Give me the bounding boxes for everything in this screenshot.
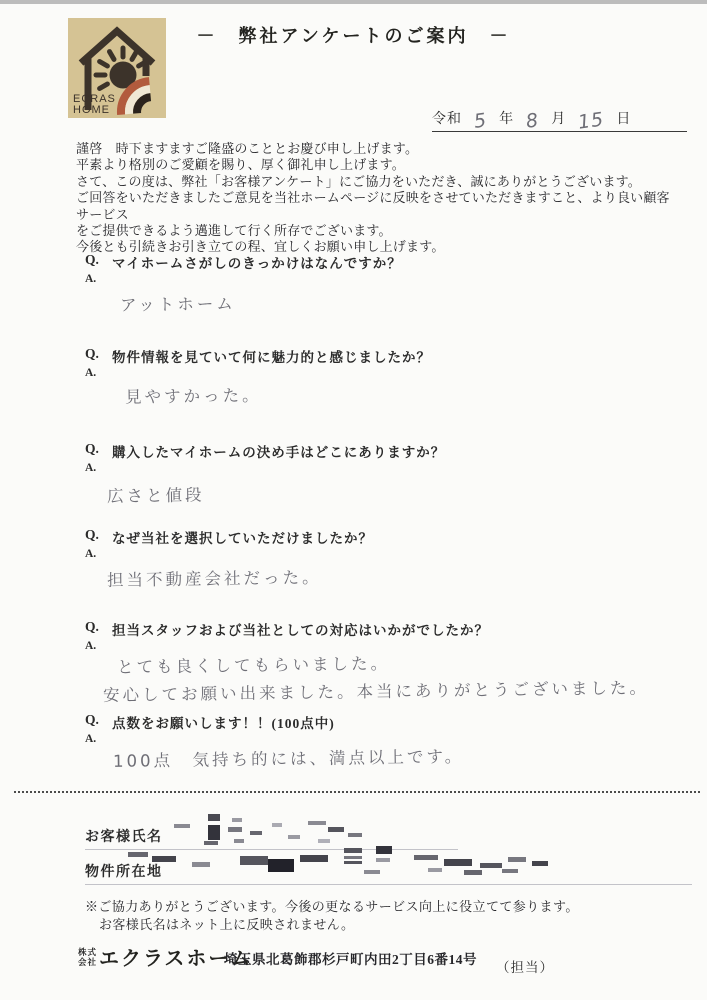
a-label: A.: [85, 462, 665, 474]
date-year-label: 年: [499, 108, 514, 128]
date-day-handwritten: 15: [569, 111, 613, 131]
a-label: A.: [85, 548, 665, 560]
logo-text-home: HOME: [73, 104, 110, 116]
a-label: A.: [85, 733, 665, 745]
q-label: Q.: [85, 252, 112, 272]
a-label: A.: [85, 640, 665, 652]
greeting-line: さて、この度は、弊社「お客様アンケート」にご協力をいただき、誠にありがとうござい…: [76, 174, 676, 190]
q-label: Q.: [85, 712, 112, 732]
date-era: 令和: [432, 108, 462, 128]
question-text: マイホームさがしのきっかけはなんですか？: [112, 252, 402, 272]
company-address: 埼玉県北葛飾郡杉戸町内田2丁目6番14号: [224, 948, 477, 968]
handwritten-answer: 100点 気持ち的には、満点以上です。: [113, 745, 665, 772]
handwritten-answer: とても良くしてもらいました。: [117, 651, 665, 678]
q-label: Q.: [85, 527, 112, 547]
date-day-label: 日: [616, 108, 631, 128]
company-prefix: 株式 会社: [78, 948, 97, 967]
handwritten-answer: 広さと値段: [107, 480, 665, 507]
question-text: 物件情報を見ていて何に魅力的と感じましたか？: [112, 346, 431, 366]
q-label: Q.: [85, 619, 112, 639]
question-block-1: Q. マイホームさがしのきっかけはなんですか？ A. アットホーム: [85, 252, 665, 312]
scan-edge-artifact: [0, 0, 707, 4]
question-text: 担当スタッフおよび当社としての対応はいかがでしたか？: [112, 619, 489, 639]
customer-name-redaction: [168, 814, 468, 850]
handwritten-answer: 担当不動産会社だった。: [107, 564, 665, 591]
greeting-line: 謹啓 時下ますますご隆盛のこととお慶び申し上げます。: [76, 141, 676, 157]
question-block-2: Q. 物件情報を見ていて何に魅力的と感じましたか？ A. 見やすかった。: [85, 346, 665, 404]
q-label: Q.: [85, 441, 112, 461]
greeting-line: ご回答をいただきましたご意見を当社ホームページに反映をさせていただきますこと、よ…: [76, 190, 676, 223]
customer-name-label: お客様氏名: [85, 826, 163, 846]
footer-note-line2: お客様氏名はネット上に反映されません。: [99, 914, 354, 933]
greeting-line: 平素より格別のご愛顧を賜り、厚く御礼申し上げます。: [76, 157, 676, 173]
question-text: なぜ当社を選択していただけましたか？: [112, 527, 373, 547]
survey-document: ECRAS HOME － 弊社アンケートのご案内 － 令和 5 年 8 月 15…: [0, 0, 707, 1000]
date-month-handwritten: 8: [517, 112, 548, 130]
q-label: Q.: [85, 346, 112, 366]
greeting-paragraph: 謹啓 時下ますますご隆盛のこととお慶び申し上げます。 平素より格別のご愛顧を賜り…: [76, 141, 676, 256]
dotted-separator: [14, 791, 700, 793]
page-title: － 弊社アンケートのご案内 －: [0, 22, 707, 48]
company-prefix-line2: 会社: [78, 958, 97, 968]
question-block-3: Q. 購入したマイホームの決め手はどこにありますか？ A. 広さと値段: [85, 441, 665, 503]
company-contact: （担当）: [496, 956, 554, 976]
a-label: A.: [85, 273, 665, 285]
question-block-4: Q. なぜ当社を選択していただけましたか？ A. 担当不動産会社だった。: [85, 527, 665, 587]
date-month-label: 月: [551, 108, 566, 128]
greeting-line: をご提供できるよう邁進して行く所存でございます。: [76, 223, 676, 239]
handwritten-answer: 見やすかった。: [125, 381, 665, 408]
property-location-redaction: [128, 846, 548, 886]
question-block-5: Q. 担当スタッフおよび当社としての対応はいかがでしたか？ A. とても良くして…: [85, 619, 665, 702]
footer-note-line1: ※ご協力ありがとうございます。今後の更なるサービス向上に役立てて参ります。: [85, 896, 579, 915]
date-line: 令和 5 年 8 月 15 日: [432, 104, 687, 132]
handwritten-answer: 安心してお願い出来ました。本当にありがとうございました。: [103, 679, 665, 706]
a-label: A.: [85, 367, 665, 379]
question-text: 点数をお願いします！！(100点中): [112, 712, 335, 732]
date-year-handwritten: 5: [465, 112, 496, 130]
question-text: 購入したマイホームの決め手はどこにありますか？: [112, 441, 445, 461]
handwritten-answer: アットホーム: [120, 289, 665, 316]
question-block-6: Q. 点数をお願いします！！(100点中) A. 100点 気持ち的には、満点以…: [85, 712, 665, 768]
